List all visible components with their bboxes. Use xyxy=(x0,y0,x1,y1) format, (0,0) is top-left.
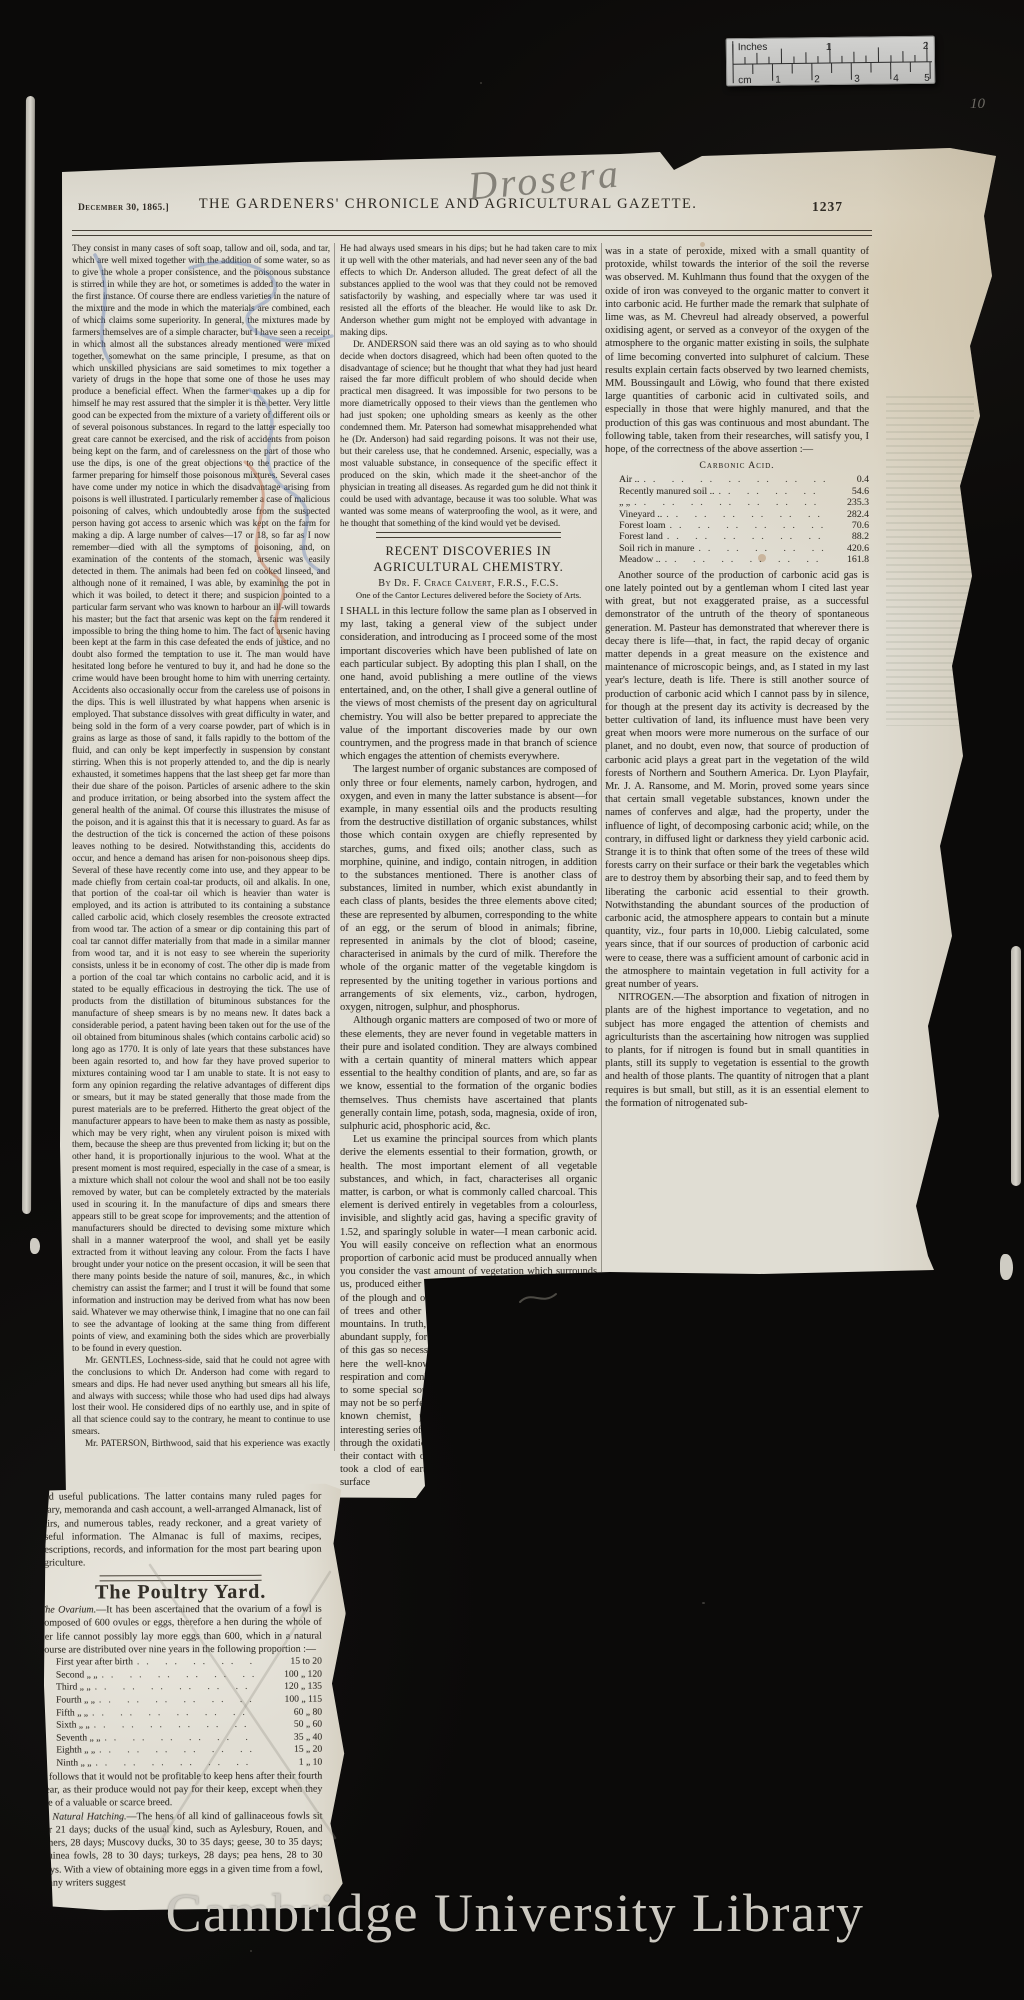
dot-leader xyxy=(666,509,825,520)
ruler-cm-3: 3 xyxy=(854,74,860,85)
row-label: Fifth „ „ xyxy=(56,1707,88,1720)
ruler-scale: Inches 1 2 cm 1 2 3 4 5 xyxy=(726,36,936,87)
egg-distribution-table: First year after birth15 to 20 Second „ … xyxy=(43,1656,322,1770)
table-row: Fourth „ „100 „ 115 xyxy=(43,1694,322,1708)
article-lecture-note: One of the Cantor Lectures delivered bef… xyxy=(340,590,597,600)
table-row: „ „235.3 xyxy=(605,497,869,508)
table-row: Second „ „100 „ 120 xyxy=(43,1668,322,1682)
ovarium-lead: The Ovarium. xyxy=(43,1604,96,1615)
body-paragraph: was in a state of peroxide, mixed with a… xyxy=(605,245,869,456)
body-paragraph: I SHALL in this lecture follow the same … xyxy=(340,605,597,763)
table-title: Carbonic Acid. xyxy=(605,459,869,472)
body-paragraph: Let us examine the principal sources fro… xyxy=(340,1133,597,1489)
row-value: 282.4 xyxy=(829,509,869,520)
body-paragraph: Dr. ANDERSON said there was an old sayin… xyxy=(340,339,597,527)
row-value: 161.8 xyxy=(829,554,869,565)
row-label: Forest loam xyxy=(619,520,666,531)
ruler-cm-1: 1 xyxy=(775,75,781,86)
dot-leader xyxy=(101,1669,253,1682)
row-value: 88.2 xyxy=(829,531,869,542)
table-row: Forest loam70.6 xyxy=(605,520,869,531)
after-table-paragraph: It follows that it would not be profitab… xyxy=(43,1769,322,1810)
row-label: Ninth „ „ xyxy=(56,1757,91,1770)
table-row: Air ..0.4 xyxy=(605,474,869,485)
article-heading: RECENT DISCOVERIES IN AGRICULTURAL CHEMI… xyxy=(346,544,591,575)
dot-leader xyxy=(634,497,825,508)
row-value: 100 „ 115 xyxy=(258,1694,322,1707)
body-paragraph: He had always used smears in his dips; b… xyxy=(340,243,597,339)
table-row: Seventh „ „35 „ 40 xyxy=(43,1731,322,1745)
table-row: Ninth „ „1 „ 10 xyxy=(43,1757,322,1771)
table-row: Recently manured soil ..54.6 xyxy=(605,486,869,497)
column-rule-1 xyxy=(334,243,335,1451)
dot-leader xyxy=(99,1744,254,1757)
dust-speck xyxy=(480,82,482,84)
row-value: 0.4 xyxy=(829,474,869,485)
natural-hatching-paragraph: Natural Hatching.—The hens of all kind o… xyxy=(43,1809,322,1890)
column-rule-2 xyxy=(601,243,602,1273)
poultry-yard-clipping: and useful publications. The latter cont… xyxy=(43,1483,360,1910)
row-value: 120 „ 135 xyxy=(258,1681,322,1694)
table-row: Meadow ..161.8 xyxy=(605,554,869,565)
row-label: „ „ xyxy=(619,497,630,508)
row-label: Third „ „ xyxy=(56,1682,91,1695)
newspaper-page: December 30, 1865.] THE GARDENERS' CHRON… xyxy=(60,146,1005,1502)
row-value: 54.6 xyxy=(829,486,869,497)
dot-leader xyxy=(95,1757,254,1770)
dot-leader xyxy=(137,1656,254,1669)
row-label: Fourth „ „ xyxy=(56,1694,95,1707)
poultry-yard-heading: The Poultry Yard. xyxy=(43,1585,321,1599)
table-row: Third „ „120 „ 135 xyxy=(43,1681,322,1695)
ruler-cm-4: 4 xyxy=(893,73,899,84)
row-label: Forest land xyxy=(619,531,663,542)
body-paragraph: Mr. PATERSON, Birthwood, said that his e… xyxy=(72,1438,330,1451)
row-value: 420.6 xyxy=(829,543,869,554)
carbonic-acid-table: Carbonic Acid. Air ..0.4 Recently manure… xyxy=(605,459,869,565)
dot-leader xyxy=(719,486,826,497)
dot-leader xyxy=(94,1719,254,1732)
column-1: They consist in many cases of soft soap,… xyxy=(72,243,330,1451)
row-label: Second „ „ xyxy=(56,1669,98,1682)
masthead-rule xyxy=(72,230,872,236)
body-paragraph: Another source of the production of carb… xyxy=(605,569,869,992)
dot-leader xyxy=(665,554,825,565)
column-3: was in a state of peroxide, mixed with a… xyxy=(605,245,869,1273)
dot-leader xyxy=(104,1732,254,1745)
ruler-inch-2: 2 xyxy=(923,41,929,52)
hatching-lead: Natural Hatching. xyxy=(52,1811,126,1822)
dot-leader xyxy=(670,520,825,531)
body-paragraph: Although organic matters are composed of… xyxy=(340,1014,597,1133)
table-row: Soil rich in manure420.6 xyxy=(605,543,869,554)
row-value: 100 „ 120 xyxy=(258,1668,322,1681)
dot-leader xyxy=(667,531,825,542)
row-label: First year after birth xyxy=(56,1657,133,1670)
adjacent-page-edge-left xyxy=(22,96,35,1214)
ovarium-paragraph: The Ovarium.—It has been ascertained tha… xyxy=(43,1603,322,1657)
paper-chip xyxy=(30,1238,40,1254)
article-body: I SHALL in this lecture follow the same … xyxy=(340,605,597,1490)
row-label: Vineyard .. xyxy=(619,509,662,520)
dot-leader xyxy=(92,1706,254,1719)
row-value: 1 „ 10 xyxy=(258,1757,322,1770)
ruler-cm-label: cm xyxy=(738,75,751,86)
library-photo-stage: Inches 1 2 cm 1 2 3 4 5 10 December 30, … xyxy=(0,0,1024,2000)
table-row: Eighth „ „15 „ 20 xyxy=(43,1744,322,1758)
column-2: He had always used smears in his dips; b… xyxy=(340,243,597,1502)
row-label: Eighth „ „ xyxy=(56,1745,95,1758)
row-label: Soil rich in manure xyxy=(619,543,694,554)
masthead-page-number: 1237 xyxy=(812,199,843,215)
ruler-cm-2: 2 xyxy=(814,74,820,85)
row-value: 50 „ 60 xyxy=(258,1719,322,1732)
table-row: Forest land88.2 xyxy=(605,531,869,542)
table-row: Sixth „ „50 „ 60 xyxy=(43,1719,322,1733)
body-paragraph: NITROGEN.—The absorption and fixation of… xyxy=(605,991,869,1110)
article-byline: By Dr. F. Crace Calvert, F.R.S., F.C.S. xyxy=(340,578,597,589)
ruler-inch-1: 1 xyxy=(826,42,832,53)
row-label: Meadow .. xyxy=(619,554,661,565)
pencil-page-number: 10 xyxy=(970,96,985,113)
dust-speck xyxy=(250,1950,252,1952)
measurement-ruler: Inches 1 2 cm 1 2 3 4 5 xyxy=(726,36,936,87)
row-value: 60 „ 80 xyxy=(258,1706,322,1719)
library-watermark: Cambridge University Library xyxy=(90,1882,940,1944)
row-value: 15 „ 20 xyxy=(258,1744,322,1757)
row-label: Recently manured soil .. xyxy=(619,486,715,497)
row-value: 35 „ 40 xyxy=(258,1731,322,1744)
dot-leader xyxy=(643,474,825,485)
table-row: Vineyard ..282.4 xyxy=(605,509,869,520)
row-label: Seventh „ „ xyxy=(56,1732,100,1745)
ruler-cm-5: 5 xyxy=(924,73,930,84)
dust-speck xyxy=(702,1602,705,1604)
row-label: Sixth „ „ xyxy=(56,1720,90,1733)
row-value: 235.3 xyxy=(829,497,869,508)
dot-leader xyxy=(99,1694,254,1707)
clipping-text: and useful publications. The latter cont… xyxy=(43,1490,322,1890)
masthead-date: December 30, 1865.] xyxy=(78,203,169,213)
masthead-title: THE GARDENERS' CHRONICLE AND AGRICULTURA… xyxy=(178,196,718,213)
clipping-fragment: and useful publications. The latter cont… xyxy=(43,1490,321,1571)
body-paragraph: The largest number of organic substances… xyxy=(340,763,597,1014)
body-paragraph: They consist in many cases of soft soap,… xyxy=(72,243,330,1355)
paper-chip xyxy=(1000,1254,1013,1280)
print-bleedthrough xyxy=(886,396,974,726)
dot-leader xyxy=(95,1681,254,1694)
row-value: 15 to 20 xyxy=(258,1656,322,1669)
column-2-discussion: He had always used smears in his dips; b… xyxy=(340,243,597,527)
section-divider-rule xyxy=(376,532,561,538)
pencil-check-mark xyxy=(520,1294,556,1302)
dot-leader xyxy=(698,543,825,554)
table-row: First year after birth15 to 20 xyxy=(43,1656,322,1670)
adjacent-page-edge-right xyxy=(1011,946,1021,1186)
row-label: Air .. xyxy=(619,474,639,485)
ruler-inches-label: Inches xyxy=(738,42,768,53)
body-paragraph: Mr. GENTLES, Lochness-side, said that he… xyxy=(72,1355,330,1439)
row-value: 70.6 xyxy=(829,520,869,531)
table-row: Fifth „ „60 „ 80 xyxy=(43,1706,322,1720)
